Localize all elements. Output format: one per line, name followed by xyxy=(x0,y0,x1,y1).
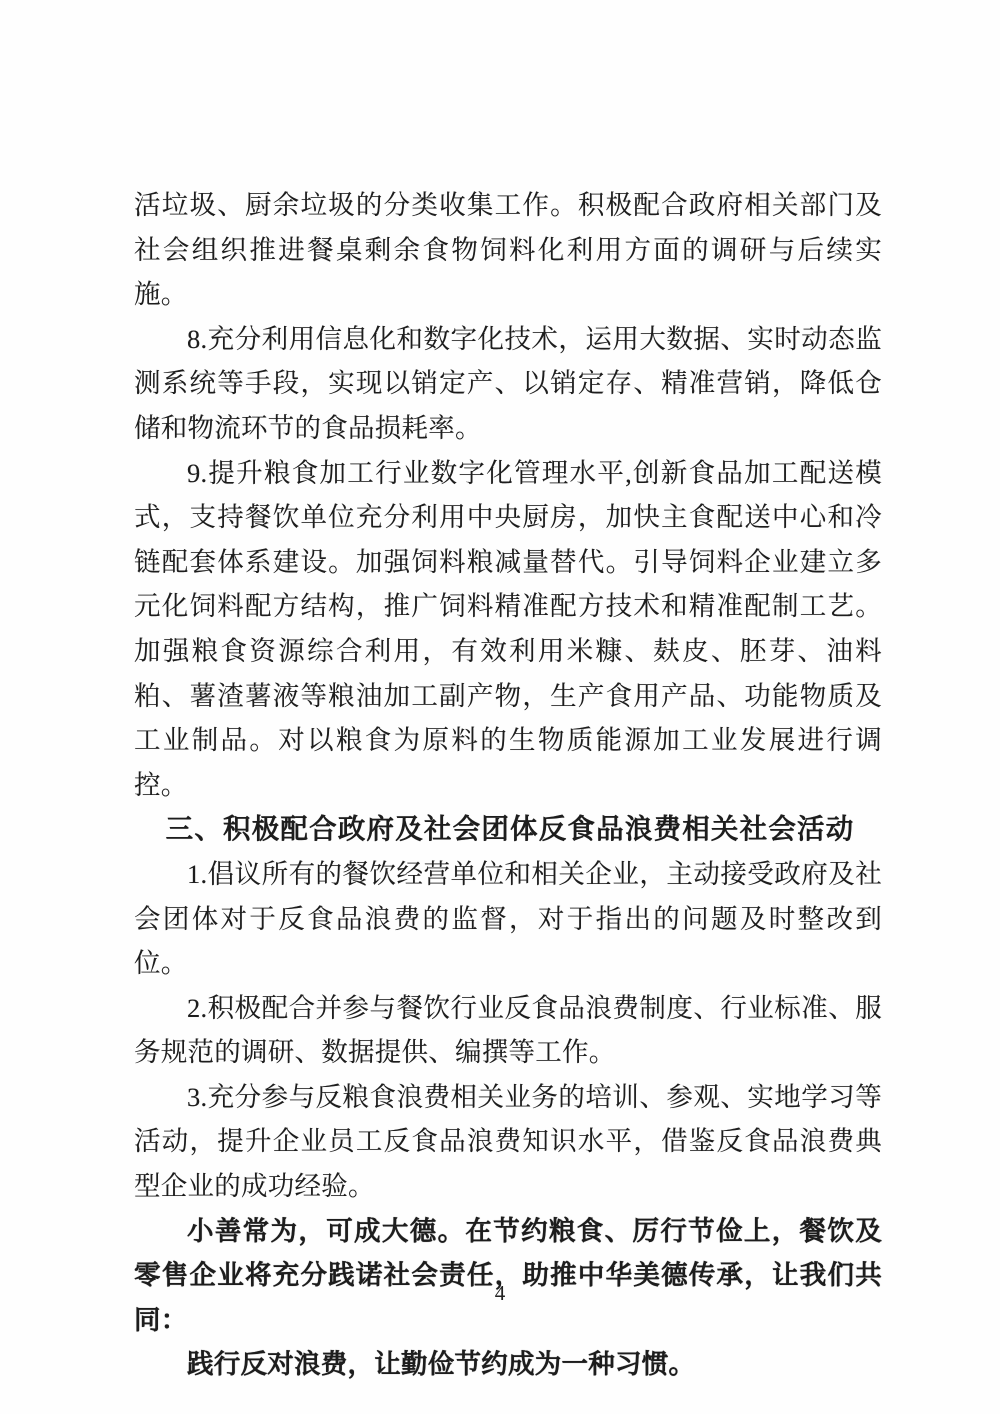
paragraph: 3.充分参与反粮食浪费相关业务的培训、参观、实地学习等活动，提升企业员工反食品浪… xyxy=(134,1075,882,1209)
paragraph: 1.倡议所有的餐饮经营单位和相关企业，主动接受政府及社会团体对于反食品浪费的监督… xyxy=(134,852,882,986)
section-heading: 三、积极配合政府及社会团体反食品浪费相关社会活动 xyxy=(134,807,882,852)
closing-paragraph: 践行反对浪费，让勤俭节约成为一种习惯。 xyxy=(134,1342,882,1387)
document-page: 活垃圾、厨余垃圾的分类收集工作。积极配合政府相关部门及社会组织推进餐桌剩余食物饲… xyxy=(0,0,1000,1414)
paragraph: 活垃圾、厨余垃圾的分类收集工作。积极配合政府相关部门及社会组织推进餐桌剩余食物饲… xyxy=(134,183,882,317)
document-body: 活垃圾、厨余垃圾的分类收集工作。积极配合政府相关部门及社会组织推进餐桌剩余食物饲… xyxy=(134,183,882,1387)
paragraph: 8.充分利用信息化和数字化技术，运用大数据、实时动态监测系统等手段，实现以销定产… xyxy=(134,317,882,451)
paragraph: 9.提升粮食加工行业数字化管理水平,创新食品加工配送模式，支持餐饮单位充分利用中… xyxy=(134,451,882,808)
page-number: 4 xyxy=(0,1281,1000,1306)
closing-paragraph: 小善常为，可成大德。在节约粮食、厉行节俭上，餐饮及零售企业将充分践诺社会责任，助… xyxy=(134,1209,882,1343)
paragraph: 2.积极配合并参与餐饮行业反食品浪费制度、行业标准、服务规范的调研、数据提供、编… xyxy=(134,986,882,1075)
